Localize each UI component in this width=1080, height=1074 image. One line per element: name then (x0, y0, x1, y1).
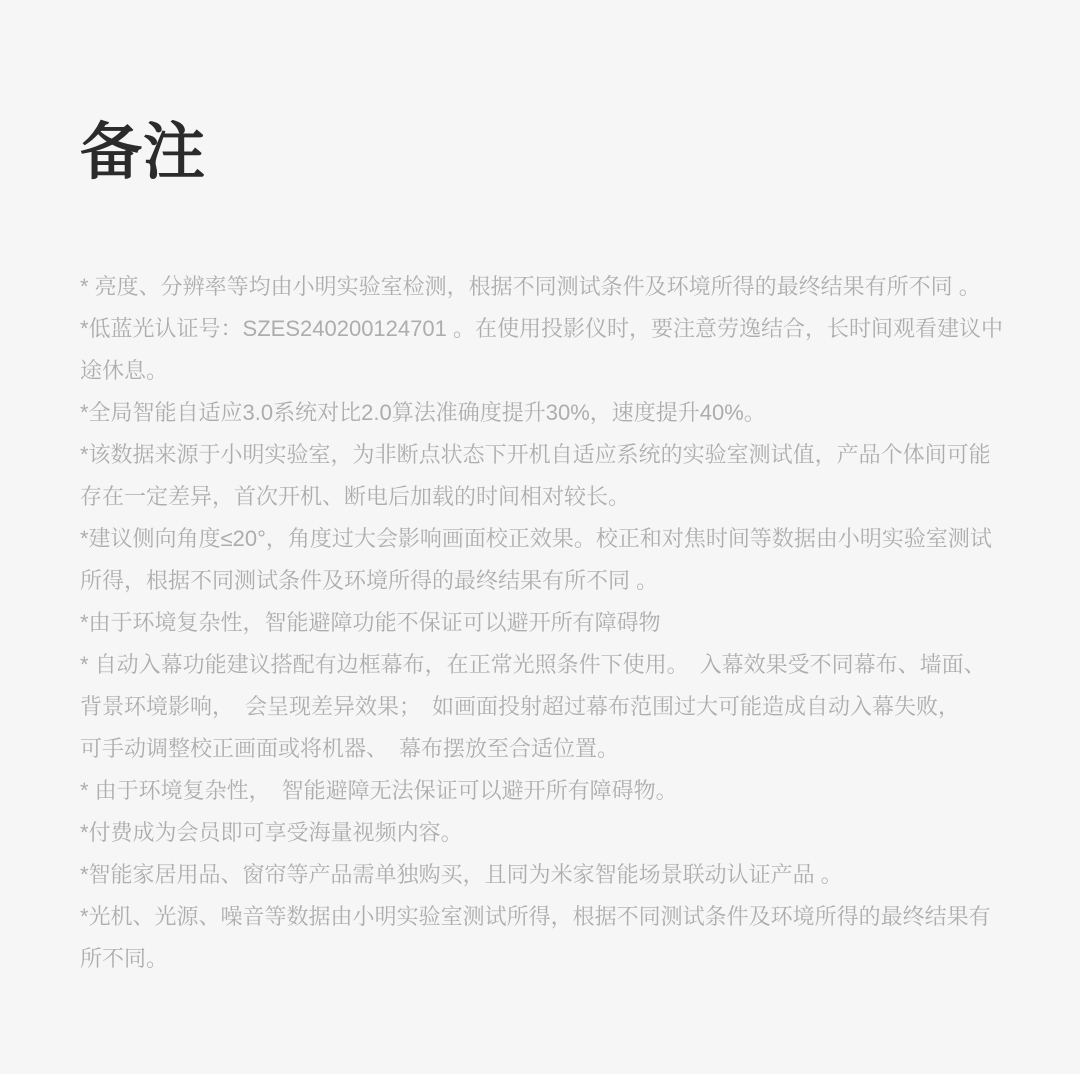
note-paragraph: * 由于环境复杂性， 智能避障无法保证可以避开所有障碍物。 (80, 770, 1020, 812)
note-line: *该数据来源于小明实验室，为非断点状态下开机自适应系统的实验室测试值，产品个体间… (80, 434, 1020, 476)
note-line: 所不同。 (80, 938, 1020, 980)
note-paragraph: *付费成为会员即可享受海量视频内容。 (80, 812, 1020, 854)
note-paragraph: *全局智能自适应3.0系统对比2.0算法准确度提升30%，速度提升40%。 (80, 392, 1020, 434)
note-line: * 亮度、分辨率等均由小明实验室检测，根据不同测试条件及环境所得的最终结果有所不… (80, 266, 1020, 308)
note-paragraph: * 亮度、分辨率等均由小明实验室检测，根据不同测试条件及环境所得的最终结果有所不… (80, 266, 1020, 308)
note-line: 存在一定差异，首次开机、断电后加载的时间相对较长。 (80, 476, 1020, 518)
note-line: * 自动入幕功能建议搭配有边框幕布，在正常光照条件下使用。 入幕效果受不同幕布、… (80, 644, 1020, 686)
notes-list: * 亮度、分辨率等均由小明实验室检测，根据不同测试条件及环境所得的最终结果有所不… (80, 266, 1020, 980)
note-line: *全局智能自适应3.0系统对比2.0算法准确度提升30%，速度提升40%。 (80, 392, 1020, 434)
page-title: 备注 (80, 120, 1020, 186)
note-line: 可手动调整校正画面或将机器、 幕布摆放至合适位置。 (80, 728, 1020, 770)
note-line: * 由于环境复杂性， 智能避障无法保证可以避开所有障碍物。 (80, 770, 1020, 812)
note-line: 途休息。 (80, 350, 1020, 392)
note-paragraph: *建议侧向角度≤20°，角度过大会影响画面校正效果。校正和对焦时间等数据由小明实… (80, 518, 1020, 602)
note-line: 所得，根据不同测试条件及环境所得的最终结果有所不同 。 (80, 560, 1020, 602)
note-line: *付费成为会员即可享受海量视频内容。 (80, 812, 1020, 854)
notes-page: 备注 * 亮度、分辨率等均由小明实验室检测，根据不同测试条件及环境所得的最终结果… (0, 0, 1080, 1074)
note-paragraph: *由于环境复杂性，智能避障功能不保证可以避开所有障碍物 (80, 602, 1020, 644)
note-paragraph: *智能家居用品、窗帘等产品需单独购买，且同为米家智能场景联动认证产品 。 (80, 854, 1020, 896)
note-paragraph: *该数据来源于小明实验室，为非断点状态下开机自适应系统的实验室测试值，产品个体间… (80, 434, 1020, 518)
note-paragraph: * 自动入幕功能建议搭配有边框幕布，在正常光照条件下使用。 入幕效果受不同幕布、… (80, 644, 1020, 770)
note-line: *由于环境复杂性，智能避障功能不保证可以避开所有障碍物 (80, 602, 1020, 644)
note-paragraph: *低蓝光认证号：SZES240200124701 。在使用投影仪时，要注意劳逸结… (80, 308, 1020, 392)
note-line: 背景环境影响， 会呈现差异效果； 如画面投射超过幕布范围过大可能造成自动入幕失败… (80, 686, 1020, 728)
note-line: *建议侧向角度≤20°，角度过大会影响画面校正效果。校正和对焦时间等数据由小明实… (80, 518, 1020, 560)
note-line: *智能家居用品、窗帘等产品需单独购买，且同为米家智能场景联动认证产品 。 (80, 854, 1020, 896)
note-line: *低蓝光认证号：SZES240200124701 。在使用投影仪时，要注意劳逸结… (80, 308, 1020, 350)
note-paragraph: *光机、光源、噪音等数据由小明实验室测试所得，根据不同测试条件及环境所得的最终结… (80, 896, 1020, 980)
note-line: *光机、光源、噪音等数据由小明实验室测试所得，根据不同测试条件及环境所得的最终结… (80, 896, 1020, 938)
